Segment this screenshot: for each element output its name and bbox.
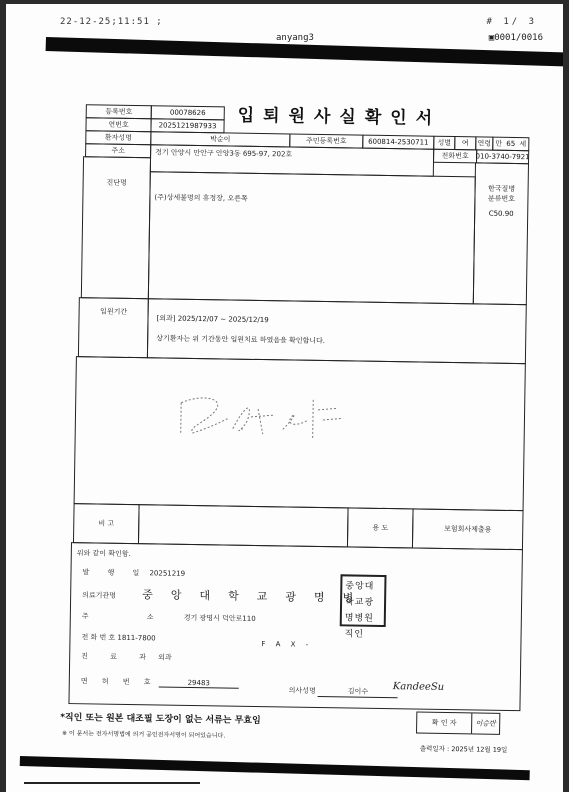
fax-count-value: 0001/0016 bbox=[494, 33, 543, 43]
issue-date-label: 발 행 일 bbox=[82, 568, 147, 577]
issuer-phone-label: 전 화 번 호 bbox=[81, 633, 115, 642]
diagnosis: (주)상세불명의 휴정장, 오른쪽 bbox=[148, 171, 476, 304]
confirmer-label: 확 인 자 bbox=[417, 713, 472, 734]
handwritten-signature bbox=[172, 388, 353, 451]
scan-artifact-band-bottom bbox=[20, 756, 530, 780]
document-title: 입퇴원사실확인서 bbox=[238, 101, 442, 129]
print-date: 출력일자 : 2025년 12월 19일 bbox=[420, 744, 508, 754]
issuer-address: 경기 광명시 덕안로110 bbox=[184, 614, 256, 623]
hospital-seal: 중앙대학교광명병원직인 bbox=[340, 574, 387, 627]
purpose: 보험회사제출용 bbox=[412, 508, 524, 550]
fax-page-count: ▣0001/0016 bbox=[489, 33, 543, 43]
certificate-document: 등록번호 00078626 연번호 2025121987933 입퇴원사실확인서… bbox=[60, 96, 530, 723]
department-label: 진 료 과 bbox=[81, 652, 156, 661]
notice-e-signature: ※ 이 문서는 전자서명법에 의거 공인전자서명이 되어있습니다. bbox=[62, 728, 225, 740]
department: 외과 bbox=[158, 653, 172, 661]
doctor-signature: KandeeSu bbox=[393, 681, 445, 693]
doctor-label: 의사성명 bbox=[289, 687, 316, 695]
remarks bbox=[138, 504, 349, 547]
issuer-phone: 1811-7800 bbox=[117, 634, 155, 643]
scan-artifact-line bbox=[24, 782, 200, 784]
confirmer-box: 확 인 자 이승반 bbox=[416, 712, 500, 735]
age-prefix: 만 bbox=[495, 139, 502, 149]
confirm-statement: 위와 같이 확인함. bbox=[77, 548, 131, 559]
institution-label: 의료기관명 bbox=[82, 590, 116, 601]
fax-page: 22-12-25;11:51 ; anyang3 # 1/ 3 ▣0001/00… bbox=[6, 4, 563, 792]
department-row: 진 료 과 외과 bbox=[81, 651, 172, 662]
fax-label: F A X - bbox=[261, 640, 312, 649]
license-label: 면 허 번 호 bbox=[81, 677, 157, 686]
admission-cell: [외과] 2025/12/07 ~ 2025/12/19 상기환자는 위 기간동… bbox=[147, 298, 527, 364]
phone-label: 전화번호 bbox=[433, 149, 477, 164]
remarks-label: 비 고 bbox=[73, 503, 140, 544]
doctor-name: 김이수 bbox=[318, 686, 398, 698]
admission-period-label: 입원기간 bbox=[78, 297, 149, 358]
age: 65 bbox=[506, 140, 515, 148]
kcd-cell: 한국질병 분류번호 C50.90 bbox=[473, 162, 529, 305]
issue-date-row: 발 행 일 20251219 bbox=[82, 567, 185, 579]
confirmer-signature: 이승반 bbox=[472, 713, 499, 733]
kcd-code: C50.90 bbox=[489, 210, 514, 218]
age-suffix: 세 bbox=[519, 139, 526, 149]
purpose-label: 용 도 bbox=[347, 507, 414, 548]
issue-date: 20251219 bbox=[149, 569, 185, 578]
license-no: 29483 bbox=[159, 678, 239, 688]
fax-source: anyang3 bbox=[276, 33, 314, 43]
fax-page-number: # 1/ 3 bbox=[486, 17, 537, 27]
issuer-address-label: 주 소 bbox=[82, 612, 182, 622]
diagnosis-label: 진단명 bbox=[81, 156, 151, 299]
fax-timestamp: 22-12-25;11:51 ; bbox=[60, 17, 163, 27]
kcd-label: 한국질병 분류번호 bbox=[486, 184, 516, 204]
notice-invalid: *직인 또는 원본 대조필 도장이 없는 서류는 무효임 bbox=[60, 710, 261, 726]
doctor-row: 의사성명 김이수 bbox=[289, 686, 398, 699]
admission-statement: 상기환자는 위 기간동안 입원치료 하였음을 확인합니다. bbox=[156, 333, 325, 346]
issuer-phone-row: 전 화 번 호 1811-7800 bbox=[81, 632, 155, 643]
admission-period: [외과] 2025/12/07 ~ 2025/12/19 bbox=[156, 313, 268, 325]
